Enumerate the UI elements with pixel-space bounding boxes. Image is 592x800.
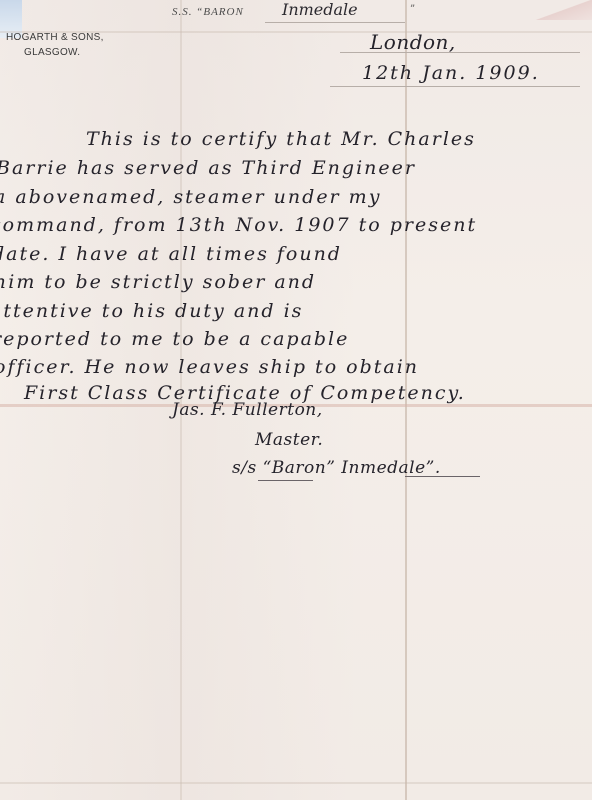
signatory-title: Master. [255,430,323,450]
body-line: reported to me to be a capable [0,328,349,350]
ship-header-quote: ” [410,4,415,15]
date: 12th Jan. 1909. [362,62,540,84]
paper-corner-fold [532,0,592,20]
place-rule [340,52,580,53]
body-line: a abovenamed, steamer under my [0,186,381,208]
body-line: This is to certify that Mr. Charles [86,128,476,150]
company-name: HOGARTH & SONS, [6,30,104,45]
body-line: officer. He now leaves ship to obtain [0,356,419,378]
body-line: him to be strictly sober and [0,271,316,293]
signatory-ship: s/s “Baron” Inmedale”. [232,458,441,478]
place: London, [370,30,456,54]
letterhead: HOGARTH & SONS, GLASGOW. [6,30,104,60]
company-city: GLASGOW. [6,45,104,60]
ship-name-handwritten: Inmedale [282,0,358,19]
ship-header-printed: S.S. “BARON [172,6,244,18]
signature-underline [405,476,480,477]
body-line: command, from 13th Nov. 1907 to present [0,214,477,236]
body-line: Barrie has served as Third Engineer [0,157,416,179]
fold-line [0,782,592,784]
signatory-name: Jas. F. Fullerton, [172,400,323,420]
body-line: date. I have at all times found [0,243,342,265]
body-line: attentive to his duty and is [0,300,303,322]
header-rule [265,22,405,23]
signature-underline [258,480,313,481]
date-rule [330,86,580,87]
